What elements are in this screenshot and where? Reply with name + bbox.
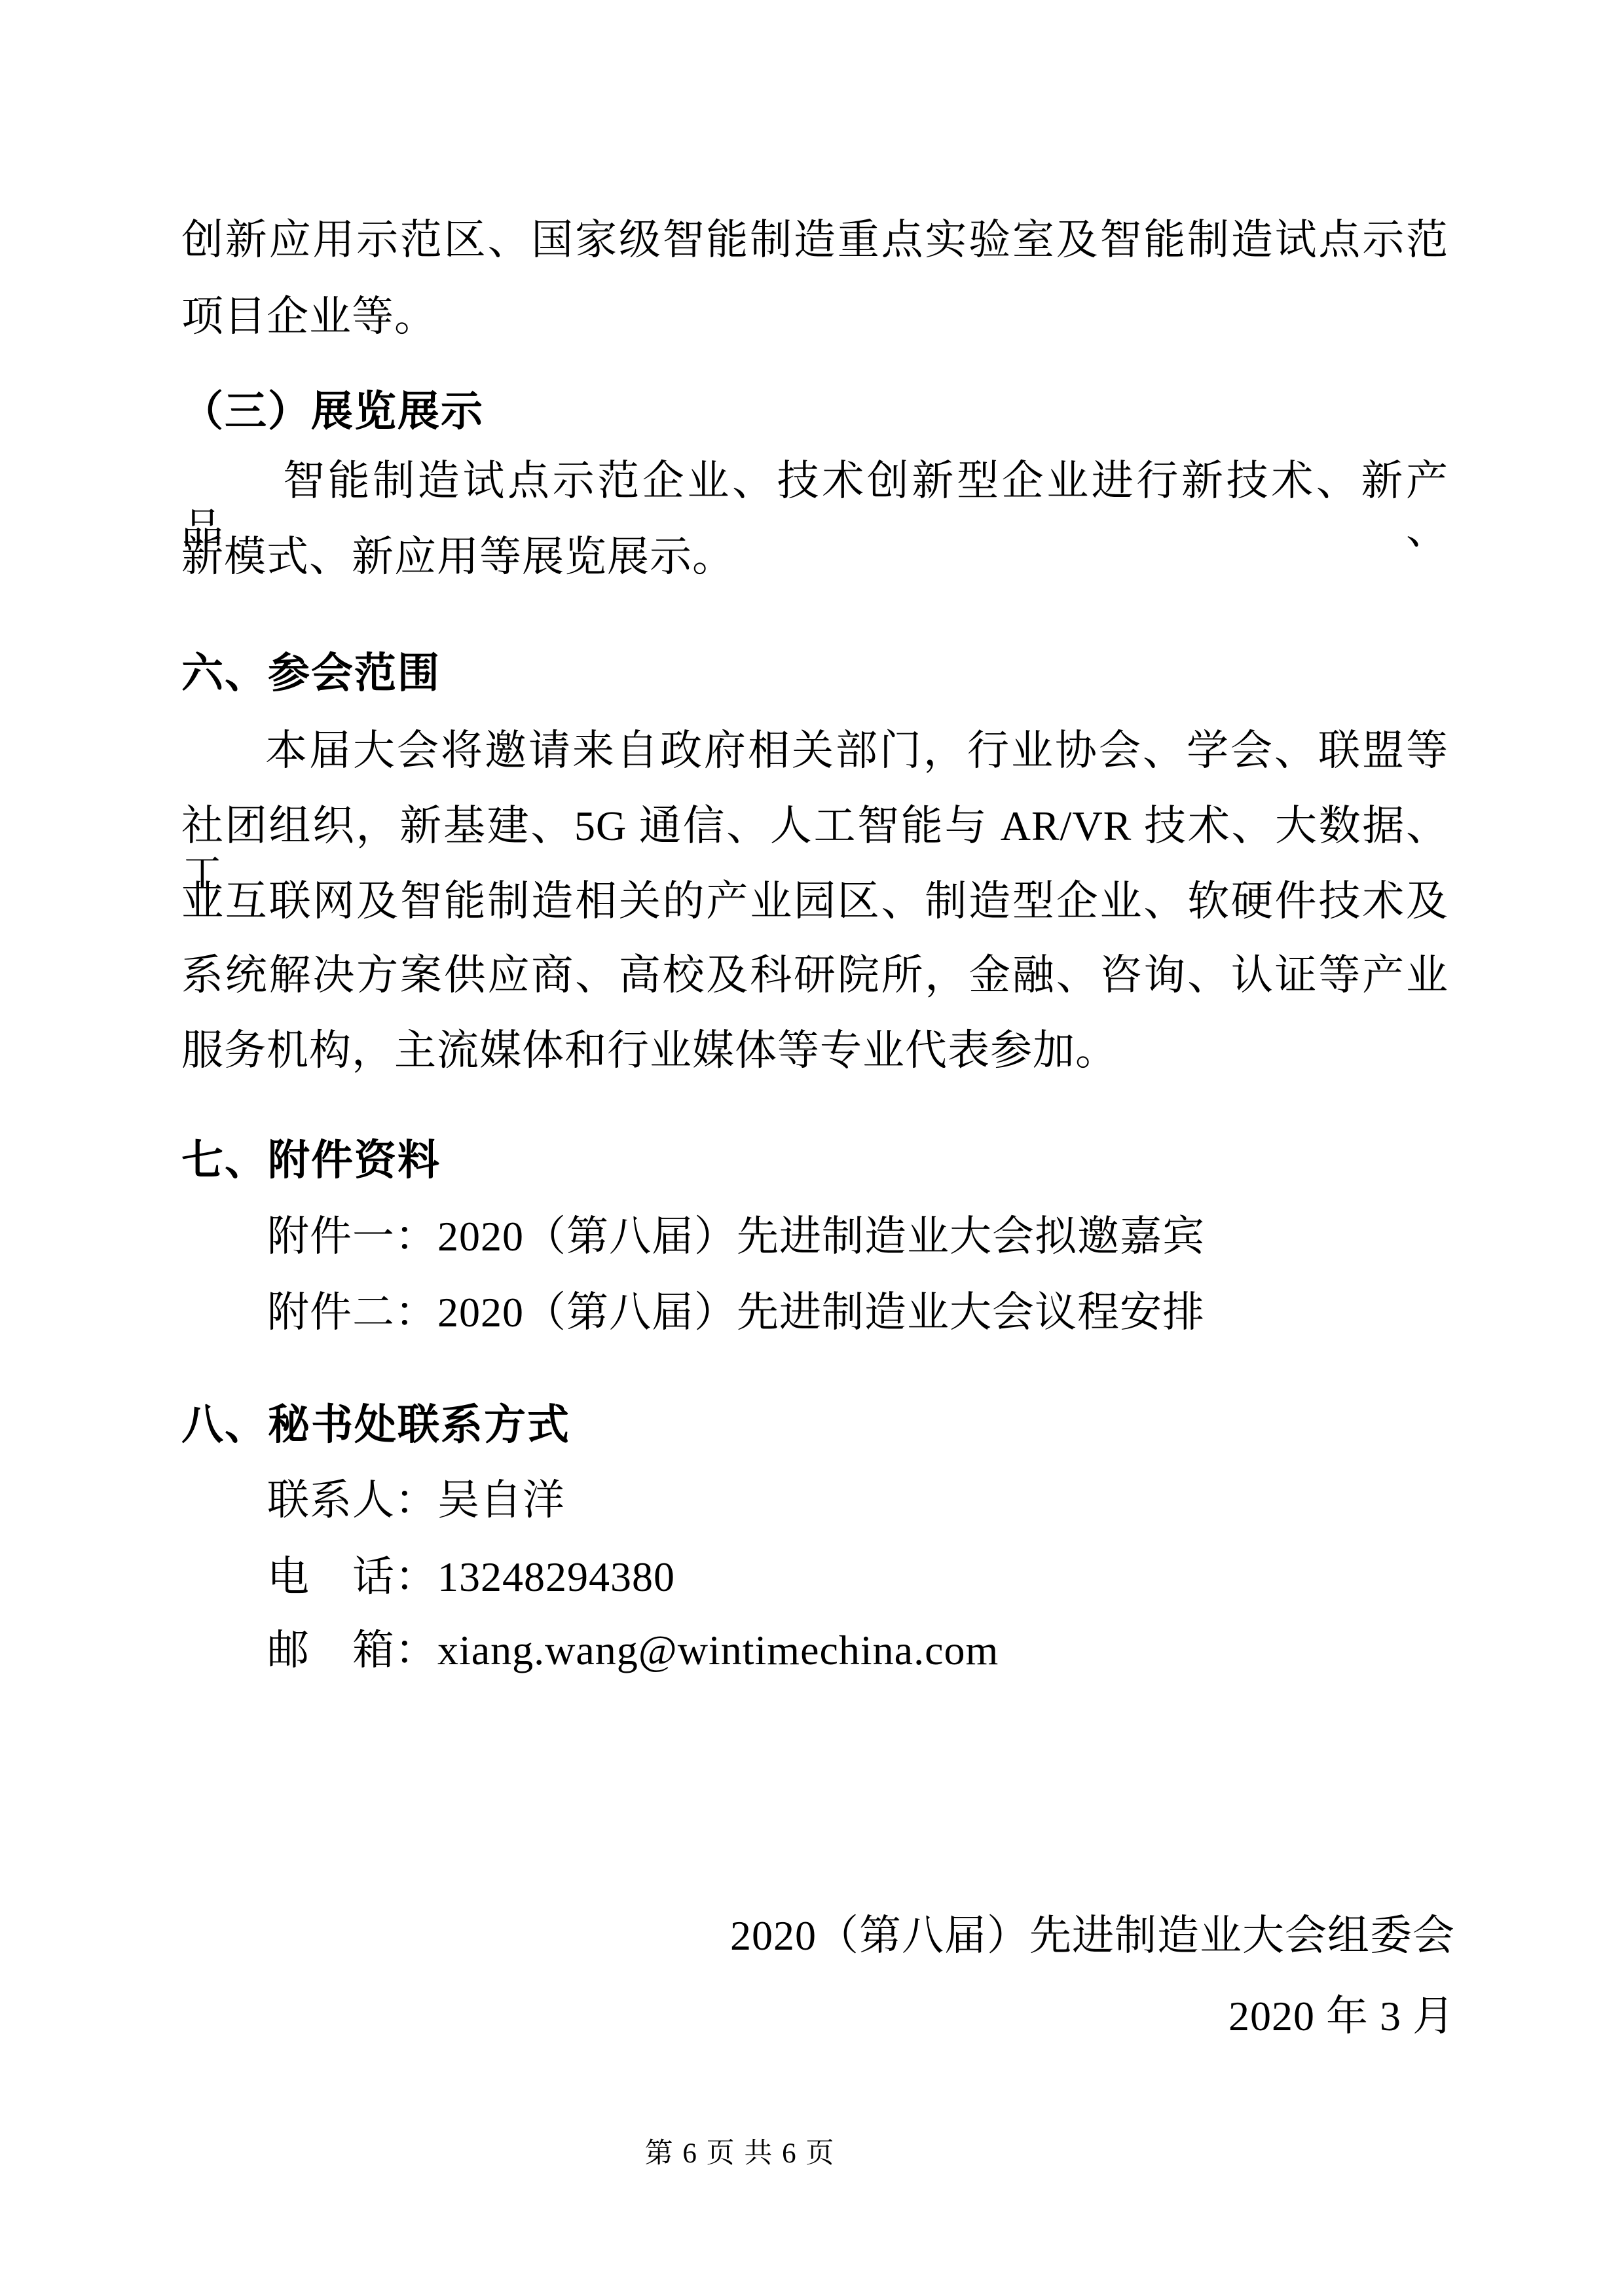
document-page: 创新应用示范区、国家级智能制造重点实验室及智能制造试点示范 项目企业等。 （三）… <box>0 0 1624 2296</box>
section-heading-six-scope: 六、参会范围 <box>181 649 1449 698</box>
subsection-heading-exhibition: （三）展览展示 <box>181 388 1449 436</box>
paragraph-continuation-line-2: 项目企业等。 <box>181 293 1449 341</box>
section-heading-seven-attachments: 七、附件资料 <box>181 1137 1449 1185</box>
scope-paragraph-line-3: 业互联网及智能制造相关的产业园区、制造型企业、软硬件技术及 <box>181 877 1449 926</box>
section-heading-eight-contact: 八、秘书处联系方式 <box>181 1401 1449 1449</box>
paragraph-continuation-line-1: 创新应用示范区、国家级智能制造重点实验室及智能制造试点示范 <box>181 216 1449 264</box>
contact-email-line: 邮 箱：xiang.wang@wintimechina.com <box>181 1626 1449 1675</box>
attachment-item-1: 附件一：2020（第八届）先进制造业大会拟邀嘉宾 <box>181 1212 1449 1261</box>
page-number-footer: 第 6 页 共 6 页 <box>0 2131 1480 2171</box>
attachment-item-2: 附件二：2020（第八届）先进制造业大会议程安排 <box>181 1288 1449 1337</box>
contact-phone-line: 电 话：13248294380 <box>181 1553 1449 1601</box>
signature-organizer: 2020（第八届）先进制造业大会组委会 <box>181 1912 1455 1960</box>
contact-person-line: 联系人：吴自洋 <box>181 1476 1449 1525</box>
signature-date: 2020 年 3 月 <box>181 1992 1455 2041</box>
exhibition-paragraph-line-2: 新模式、新应用等展览展示。 <box>181 533 1449 581</box>
scope-paragraph-line-5: 服务机构，主流媒体和行业媒体等专业代表参加。 <box>181 1027 1449 1075</box>
scope-paragraph-line-4: 系统解决方案供应商、高校及科研院所，金融、咨询、认证等产业 <box>181 951 1449 1000</box>
scope-paragraph-line-1: 本届大会将邀请来自政府相关部门，行业协会、学会、联盟等 <box>181 727 1449 775</box>
